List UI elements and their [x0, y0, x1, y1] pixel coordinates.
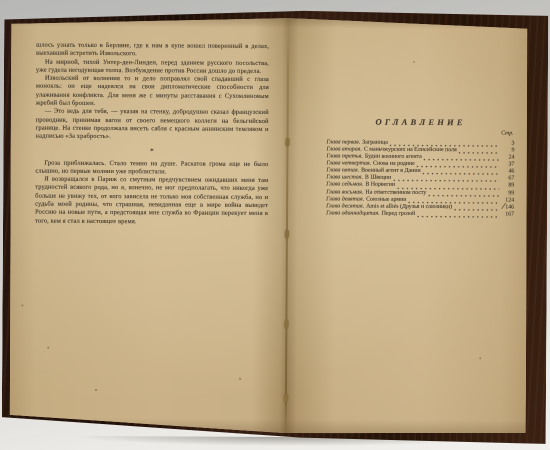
dot-leader [393, 177, 499, 183]
table-of-contents: ОГЛАВЛЕНИЕ Стр. Глава первая. Заграница … [326, 116, 515, 218]
page-number: 89 [501, 183, 514, 190]
page-number: 167 [501, 211, 514, 218]
dot-leader [428, 192, 499, 197]
page-number: 99 [501, 190, 514, 197]
dot-leader [423, 170, 500, 175]
paper-speck [47, 347, 49, 349]
dot-leader [459, 149, 500, 154]
paragraph: шлось узнать только в Берлине, где к нам… [36, 42, 269, 60]
open-pages: шлось узнать только в Берлине, где к нам… [9, 16, 529, 434]
stitch-knot [284, 320, 288, 328]
dot-leader [417, 213, 499, 219]
section-separator: * [35, 146, 268, 154]
page-number: 24 [501, 154, 514, 161]
chapter-label: Глава одиннадцатая. [326, 210, 380, 217]
toc-title: ОГЛАВЛЕНИЕ [327, 116, 515, 127]
photo-background: шлось узнать только в Берлине, где к нам… [0, 0, 550, 450]
stitch-knot [285, 138, 289, 146]
page-number: 124 [501, 197, 514, 204]
paper-speck [239, 378, 241, 380]
stitch-knot [283, 394, 287, 402]
paper-speck [413, 61, 415, 63]
dot-leader [424, 156, 500, 161]
paper-speck [22, 304, 24, 306]
toc-entry: Глава одиннадцатая. Перед грозой 167 [326, 210, 514, 218]
paper-speck [95, 389, 97, 391]
stitch-knot [284, 230, 288, 238]
paragraph: На мирной, тихой Унтер-ден-Линден, перед… [36, 58, 269, 76]
paper-speck [479, 357, 481, 359]
dot-leader [454, 206, 499, 211]
chapter-title: Перед грозой [382, 211, 416, 218]
page-number: 3 [501, 140, 514, 147]
paragraph: Гроза приближалась. Стало темно на душе.… [35, 159, 268, 177]
page-column-header: Стр. [327, 129, 514, 136]
paragraph: — Это ведь для тебя, — указав на стенку,… [36, 108, 269, 143]
page-number: 9 [501, 147, 514, 154]
dot-leader [417, 163, 500, 169]
paragraph: Я возвращался в Париж со смутным предчув… [35, 176, 268, 227]
paragraph: Извольский от волнения то и дело поправл… [36, 75, 269, 110]
left-page-text: шлось узнать только в Берлине, где к нам… [35, 42, 269, 227]
